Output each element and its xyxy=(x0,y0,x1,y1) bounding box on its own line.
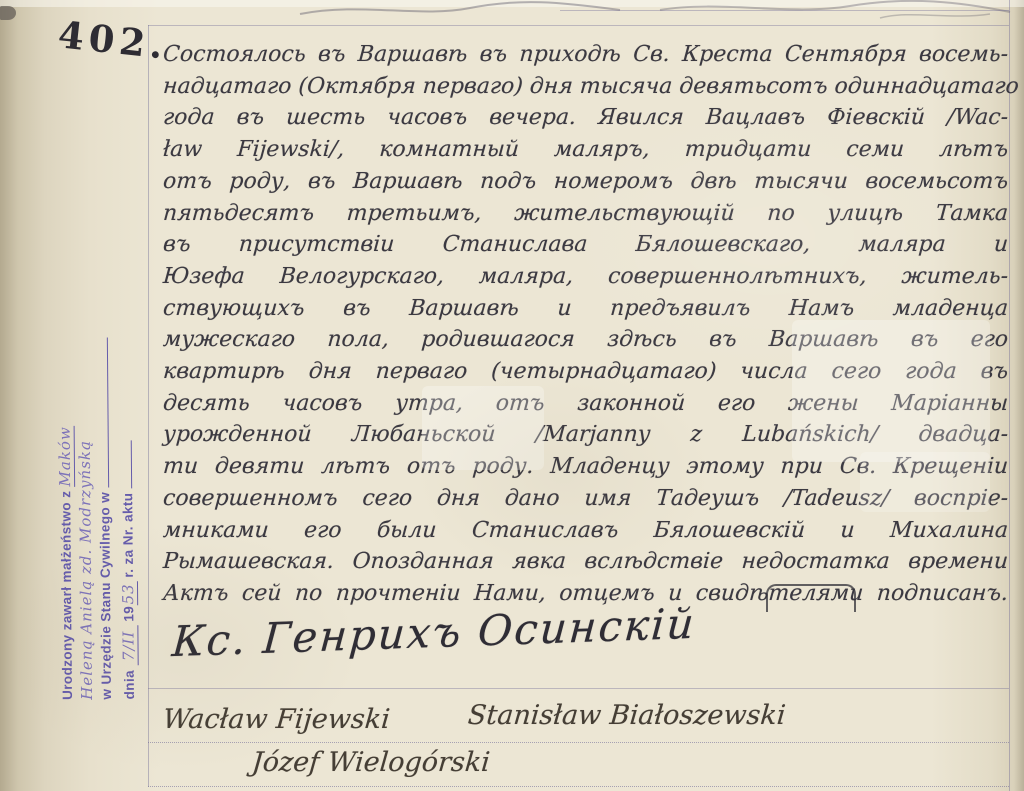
record-line: пятьдесятъ третьимъ, жительствующій по у… xyxy=(162,198,1009,230)
watermark xyxy=(422,386,544,470)
table-rule-top xyxy=(148,25,1009,26)
ink-mark xyxy=(766,584,856,612)
stamp-blank xyxy=(95,338,109,488)
stamp-handwritten-year: 53 xyxy=(119,582,138,606)
stamp-blank xyxy=(119,440,132,488)
act-number: 402. xyxy=(56,12,170,67)
table-rule-bottom xyxy=(148,786,1009,788)
stamp-printed-text: 19 xyxy=(121,606,136,622)
record-line: въ присутствіи Станислава Бялошевскаго, … xyxy=(162,229,1009,261)
stamp-printed-text: r. za Nr. aktu xyxy=(120,493,136,578)
record-line: ław Fijewski/, комнатный маляръ, тридцат… xyxy=(162,134,1009,166)
stamp-handwritten-place: Maków xyxy=(56,426,76,486)
stamp-line-4: dnia 7/II 1953 r. za Nr. aktu xyxy=(117,327,142,699)
table-rule-top2 xyxy=(560,10,1009,11)
page-top-edge xyxy=(0,0,1024,7)
record-line: мниками его были Станиславъ Бялошевскій … xyxy=(162,515,1009,547)
marginal-stamp: Urodzony zawarł małżeństwo z Maków Helen… xyxy=(58,328,150,700)
record-line: Юзефа Велогурскаго, маляра, совершеннолѣ… xyxy=(162,261,1009,293)
stamp-handwritten-day: 7/II xyxy=(119,626,138,666)
stamp-printed-text: w Urzędzie Stanu Cywilnego w xyxy=(97,492,114,700)
record-line: года въ шесть часовъ вечера. Явился Вацл… xyxy=(162,102,1009,134)
watermark xyxy=(860,452,990,512)
witness-signature-2: Józef Wielogórski xyxy=(251,747,492,778)
record-line: надцатаго (Октября перваго) дня тысяча д… xyxy=(162,71,1009,103)
stamp-printed-text: dnia xyxy=(122,670,137,699)
stamp-printed-text: Urodzony zawarł małżeństwo z xyxy=(58,491,75,700)
table-rule-right xyxy=(1009,0,1010,791)
witness-signature-father: Wacław Fijewski xyxy=(162,704,392,735)
document-page: 402. Состоялось въ Варшавѣ въ приходѣ Св… xyxy=(0,0,1024,791)
witness-signature-1: Stanisław Białoszewski xyxy=(467,700,787,731)
record-line: отъ роду, въ Варшавѣ подъ номеромъ двѣ т… xyxy=(162,166,1009,198)
table-rule-signatures xyxy=(148,688,1009,689)
ink-smudge xyxy=(0,6,16,20)
table-rule-sigrow xyxy=(148,742,1009,744)
stamp-line-3: w Urzędzie Stanu Cywilnego w xyxy=(95,327,120,699)
watermark xyxy=(792,320,990,462)
record-line: Состоялось въ Варшавѣ въ приходѣ Св. Кре… xyxy=(162,39,1009,71)
record-line: Рымашевская. Опозданная явка вслѣдствіе … xyxy=(162,546,1009,578)
